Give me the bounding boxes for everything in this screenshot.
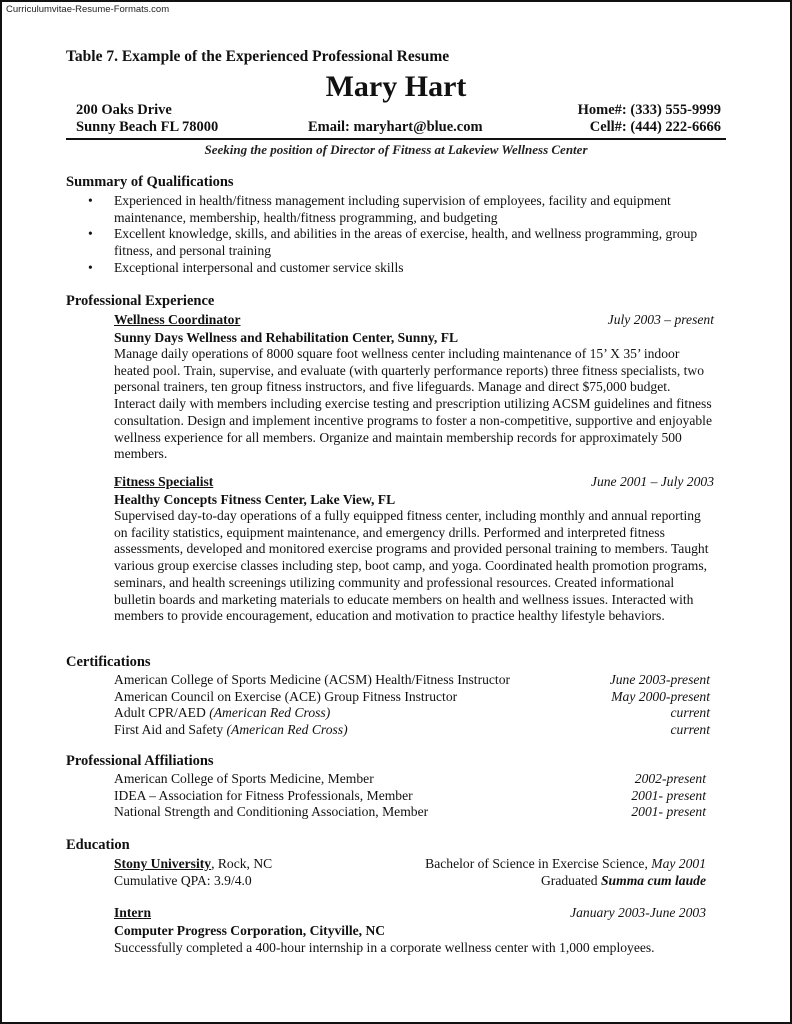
affiliations-list: American College of Sports Medicine, Mem… — [114, 771, 706, 821]
section-title-education: Education — [66, 837, 130, 854]
school-location: , Rock, NC — [211, 856, 272, 871]
address-line-1: 200 Oaks Drive — [76, 102, 172, 119]
bullet-icon: • — [88, 193, 93, 210]
job-dates: July 2003 – present — [608, 312, 714, 328]
table-caption: Table 7. Example of the Experienced Prof… — [66, 48, 449, 66]
job-entry: Wellness Coordinator July 2003 – present… — [114, 312, 714, 463]
header-divider — [66, 138, 726, 140]
education-entry: Stony University, Rock, NC Bachelor of S… — [114, 856, 706, 956]
job-dates: June 2001 – July 2003 — [591, 474, 714, 490]
gpa: Cumulative QPA: 3.9/4.0 — [114, 873, 252, 888]
summary-item: •Exceptional interpersonal and customer … — [88, 260, 728, 277]
cell-phone: Cell#: (444) 222-6666 — [590, 119, 721, 136]
degree: Bachelor of Science in Exercise Science,… — [425, 856, 706, 872]
internship-dates: January 2003-June 2003 — [570, 905, 706, 921]
honors: Graduated Summa cum laude — [541, 873, 706, 889]
affiliation-item: National Strength and Conditioning Assoc… — [114, 804, 706, 821]
internship-description: Successfully completed a 400-hour intern… — [114, 939, 706, 956]
summary-item: •Excellent knowledge, skills, and abilit… — [88, 226, 728, 259]
section-title-certifications: Certifications — [66, 654, 151, 671]
section-title-affiliations: Professional Affiliations — [66, 753, 214, 770]
job-entry: Fitness Specialist June 2001 – July 2003… — [114, 474, 714, 625]
bullet-icon: • — [88, 226, 93, 243]
address-line-2: Sunny Beach FL 78000 — [76, 119, 218, 136]
objective: Seeking the position of Director of Fitn… — [66, 142, 726, 158]
certification-item: American College of Sports Medicine (ACS… — [114, 672, 710, 689]
candidate-name: Mary Hart — [66, 70, 726, 104]
section-title-experience: Professional Experience — [66, 293, 214, 310]
job-description: Supervised day-to-day operations of a fu… — [114, 508, 714, 625]
watermark: Curriculumvitae-Resume-Formats.com — [6, 4, 169, 15]
job-title: Fitness Specialist — [114, 474, 213, 489]
certification-item: Adult CPR/AED (American Red Cross) curre… — [114, 705, 710, 722]
internship-title-row: Intern January 2003-June 2003 — [114, 905, 706, 922]
internship-employer: Computer Progress Corporation, Cityville… — [114, 922, 706, 939]
affiliation-item: American College of Sports Medicine, Mem… — [114, 771, 706, 788]
home-phone: Home#: (333) 555-9999 — [578, 102, 721, 119]
summary-list: •Experienced in health/fitness managemen… — [88, 193, 728, 277]
job-title: Wellness Coordinator — [114, 312, 241, 327]
affiliation-item: IDEA – Association for Fitness Professio… — [114, 788, 706, 805]
summary-item: •Experienced in health/fitness managemen… — [88, 193, 728, 226]
job-employer: Sunny Days Wellness and Rehabilitation C… — [114, 329, 714, 346]
job-description: Manage daily operations of 8000 square f… — [114, 346, 714, 463]
section-title-summary: Summary of Qualifications — [66, 174, 234, 191]
internship-title: Intern — [114, 905, 151, 920]
certification-item: American Council on Exercise (ACE) Group… — [114, 689, 710, 706]
school-name: Stony University — [114, 856, 211, 871]
job-employer: Healthy Concepts Fitness Center, Lake Vi… — [114, 491, 714, 508]
certifications-list: American College of Sports Medicine (ACS… — [114, 672, 710, 738]
email-link[interactable]: Email: maryhart@blue.com — [308, 119, 483, 136]
certification-item: First Aid and Safety (American Red Cross… — [114, 722, 710, 739]
bullet-icon: • — [88, 260, 93, 277]
